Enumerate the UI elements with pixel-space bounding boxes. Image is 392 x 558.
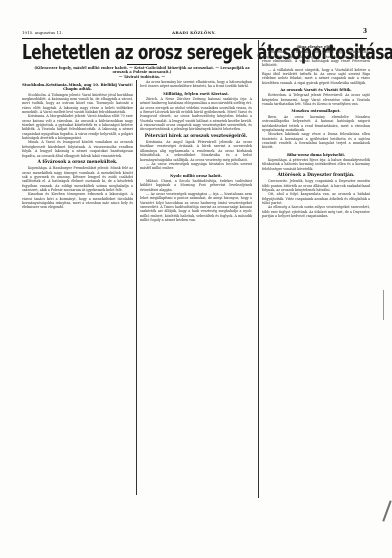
article-paragraph: Zürich. A Neue Zürcher Zeitung katonai s…: [140, 97, 252, 132]
column-divider: [258, 40, 259, 498]
article-paragraph: Kristiania. A Morgenbladet jelenti: Vars…: [22, 114, 133, 140]
article-paragraph: Az orosz kormány hir szerint elhatározta…: [140, 80, 252, 89]
issue-date: 1915. augusztus 11.: [22, 30, 63, 35]
article-paragraph: Milánó. Chiesi, a Secolo haditudósítója,…: [140, 179, 252, 192]
article-paragraph: Ott, ahol a folyó kanyarulata van, az or…: [262, 192, 370, 205]
section-title: Áttörések a Dnyeszter frontján.: [262, 174, 370, 178]
article-paragraph: Czernowitz. Jelentik, hogy csapataink a …: [262, 179, 370, 192]
column-3: Riga elesése előtt. Amsterdam. A Morning…: [262, 42, 370, 517]
section-title: Riba-orosz duma képviselői.: [262, 153, 370, 157]
article-paragraph: Minsk. A Varsó és Ivangorod közötti vona…: [22, 140, 133, 157]
section-title: Riga elesése előtt.: [262, 45, 370, 49]
article-paragraph: Kopenhága. A pétervári Rjecs írja: A bal…: [262, 158, 370, 171]
article-paragraph: Kiaszban és Kievben tömegesen érkeznek a…: [22, 192, 133, 209]
article-paragraph: Stockholm. A Tidningen jelenti: Varsó ki…: [22, 93, 133, 115]
article-paragraph: — Az orosz veszteségek nagysága hivatalo…: [140, 162, 252, 171]
section-title: Pétervári hírek az oroszok veszteségeirő…: [140, 135, 252, 139]
running-head: 1915. augusztus 11. ARADI KÖZLÖNY. 3: [22, 28, 367, 39]
main-headline: Lehetetlen az orosz seregek átcsoportosi…: [22, 40, 260, 64]
article-paragraph: — A vállalatok most sürgetik, hogy a Vis…: [262, 68, 370, 85]
subheadline-summary: (Kilencezer fogoly, másfél millió ember …: [26, 66, 258, 75]
section-title: Moszkva ostromállapot.: [262, 109, 370, 113]
article-paragraph: Amsterdam. A Morning Post szerint Riga k…: [262, 50, 370, 67]
article-paragraph: Kopenhága. A Hamburger Fremdenblatt jele…: [22, 166, 133, 192]
page-number: 3: [363, 28, 367, 35]
newspaper-page: 1915. augusztus 11. ARADI KÖZLÖNY. 3 Leh…: [22, 28, 380, 548]
section-title: Milliókig, felylen esett Kiertasi.: [140, 92, 252, 96]
article-paragraph: Moszkva lakóinak nagy része a Duma felos…: [262, 132, 370, 149]
section-title: Az oroszok Varsót és Visztát féltik.: [262, 88, 370, 92]
column-2: Az orosz kormány hir szerint elhatározta…: [140, 80, 252, 500]
article-paragraph: Kristiania. Az angol lapok Pétervárról j…: [140, 140, 252, 162]
section-title: A fővárosok a orosz menekültek.: [22, 161, 133, 165]
article-paragraph: — Az orosz veszteségek nagyságára — írja…: [140, 192, 252, 222]
divider: [127, 64, 157, 65]
column-1: Stockholm–Kristiania–Minsk, aug 10. Biel…: [22, 80, 133, 500]
subheadline-byline: — Távirati tudósítás. —: [26, 75, 258, 79]
section-title: Stockholm–Kristiania–Minsk, aug 10. Biel…: [22, 83, 133, 92]
column-divider: [136, 80, 137, 495]
scan-artifact: [382, 500, 391, 521]
newspaper-title: ARADI KÖZLÖNY.: [172, 30, 216, 35]
scan-artifact: [383, 290, 384, 320]
section-title: Nyolc millió orosz halott.: [140, 174, 252, 178]
article-paragraph: Az ellenség a harcok során súlyos veszte…: [262, 205, 370, 218]
article-paragraph: Rotterdam. A Telegraaf jelenti Pétervárr…: [262, 93, 370, 106]
subheadline: (Kilencezer fogoly, másfél millió ember …: [26, 64, 258, 79]
article-paragraph: Bern. Az orosz kormány elrendelte Moszkv…: [262, 115, 370, 132]
